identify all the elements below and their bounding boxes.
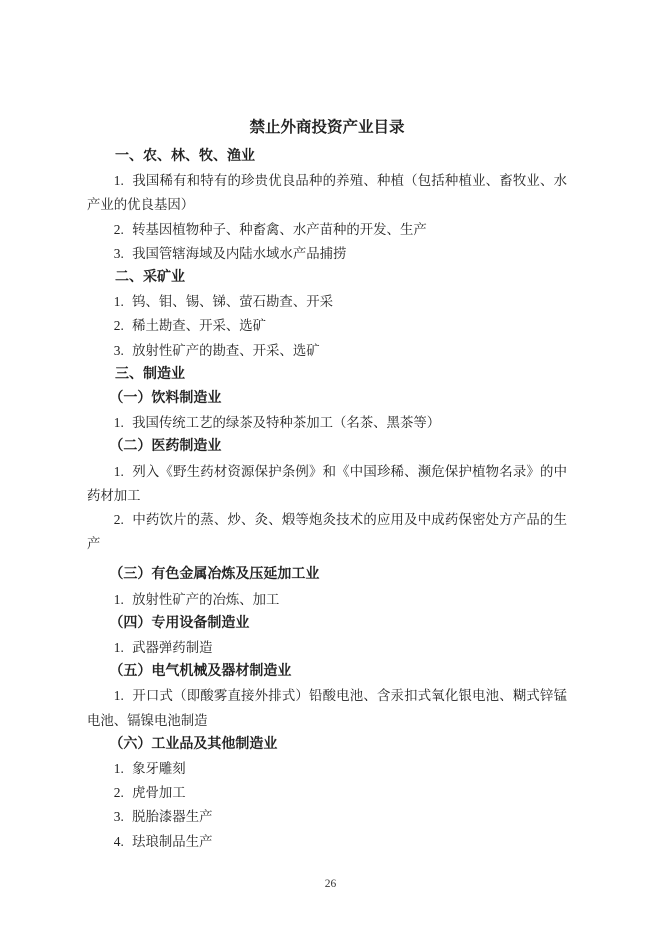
item-text: 珐琅制品生产 xyxy=(132,834,212,849)
subsection-heading: （六）工业品及其他制造业 xyxy=(87,733,567,757)
item-number: 2. xyxy=(114,318,124,333)
list-item: 2.转基因植物种子、种畜禽、水产苗种的开发、生产 xyxy=(87,218,567,242)
item-number: 1. xyxy=(114,640,124,655)
item-number: 2. xyxy=(114,512,124,527)
section-heading: 一、农、林、牧、渔业 xyxy=(87,145,567,169)
section-heading: 三、制造业 xyxy=(87,363,567,387)
page-number: 26 xyxy=(0,878,661,890)
item-text: 开口式（即酸雾直接外排式）铅酸电池、含汞扣式氧化银电池、糊式锌锰电池、镉镍电池制… xyxy=(87,688,567,727)
subsection-heading: （二）医药制造业 xyxy=(87,435,567,459)
subsection-heading: （四）专用设备制造业 xyxy=(87,612,567,636)
item-text: 转基因植物种子、种畜禽、水产苗种的开发、生产 xyxy=(132,222,427,237)
list-item: 1.我国稀有和特有的珍贵优良品种的养殖、种植（包括种植业、畜牧业、水产业的优良基… xyxy=(87,169,567,217)
item-text: 中药饮片的蒸、炒、灸、煅等炮灸技术的应用及中成药保密处方产品的生产 xyxy=(87,512,567,551)
list-item: 3.我国管辖海域及内陆水域水产品捕捞 xyxy=(87,242,567,266)
section-heading: 二、采矿业 xyxy=(87,266,567,290)
item-text: 我国传统工艺的绿茶及特种茶加工（名茶、黑茶等） xyxy=(132,415,440,430)
item-number: 1. xyxy=(114,464,124,479)
item-number: 1. xyxy=(114,688,124,703)
list-item: 1.象牙雕刻 xyxy=(87,757,567,781)
list-item: 2.中药饮片的蒸、炒、灸、煅等炮灸技术的应用及中成药保密处方产品的生产 xyxy=(87,508,567,556)
item-text: 虎骨加工 xyxy=(132,785,186,800)
document-page: 禁止外商投资产业目录 一、农、林、牧、渔业1.我国稀有和特有的珍贵优良品种的养殖… xyxy=(0,0,661,936)
item-text: 列入《野生药材资源保护条例》和《中国珍稀、濒危保护植物名录》的中药材加工 xyxy=(87,464,567,503)
item-text: 我国管辖海域及内陆水域水产品捕捞 xyxy=(132,246,346,261)
item-text: 武器弹药制造 xyxy=(132,640,212,655)
document-content: 禁止外商投资产业目录 一、农、林、牧、渔业1.我国稀有和特有的珍贵优良品种的养殖… xyxy=(87,117,567,854)
list-item: 1.我国传统工艺的绿茶及特种茶加工（名茶、黑茶等） xyxy=(87,411,567,435)
list-item: 1.放射性矿产的冶炼、加工 xyxy=(87,588,567,612)
item-number: 1. xyxy=(114,761,124,776)
item-number: 1. xyxy=(114,415,124,430)
item-text: 稀土勘查、开采、选矿 xyxy=(132,318,266,333)
list-item: 2.稀土勘查、开采、选矿 xyxy=(87,314,567,338)
item-number: 2. xyxy=(114,785,124,800)
list-item: 2.虎骨加工 xyxy=(87,781,567,805)
item-number: 1. xyxy=(114,592,124,607)
item-number: 3. xyxy=(114,246,124,261)
item-number: 2. xyxy=(114,222,124,237)
list-item: 3.脱胎漆器生产 xyxy=(87,805,567,829)
list-item: 1.钨、钼、锡、锑、萤石勘查、开采 xyxy=(87,290,567,314)
subsection-heading: （三）有色金属冶炼及压延加工业 xyxy=(87,563,567,587)
list-item: 1.列入《野生药材资源保护条例》和《中国珍稀、濒危保护植物名录》的中药材加工 xyxy=(87,460,567,508)
subsection-heading: （一）饮料制造业 xyxy=(87,387,567,411)
list-item: 1.开口式（即酸雾直接外排式）铅酸电池、含汞扣式氧化银电池、糊式锌锰电池、镉镍电… xyxy=(87,684,567,732)
item-text: 放射性矿产的冶炼、加工 xyxy=(132,592,279,607)
item-number: 3. xyxy=(114,343,124,358)
item-text: 放射性矿产的勘查、开采、选矿 xyxy=(132,343,319,358)
item-text: 钨、钼、锡、锑、萤石勘查、开采 xyxy=(132,294,333,309)
list-item: 3.放射性矿产的勘查、开采、选矿 xyxy=(87,339,567,363)
list-item: 1.武器弹药制造 xyxy=(87,636,567,660)
item-text: 象牙雕刻 xyxy=(132,761,186,776)
document-body: 一、农、林、牧、渔业1.我国稀有和特有的珍贵优良品种的养殖、种植（包括种植业、畜… xyxy=(87,145,567,854)
item-number: 4. xyxy=(114,834,124,849)
document-title: 禁止外商投资产业目录 xyxy=(87,117,567,138)
item-number: 1. xyxy=(114,173,124,188)
item-text: 脱胎漆器生产 xyxy=(132,809,212,824)
item-number: 3. xyxy=(114,809,124,824)
subsection-heading: （五）电气机械及器材制造业 xyxy=(87,660,567,684)
item-number: 1. xyxy=(114,294,124,309)
list-item: 4.珐琅制品生产 xyxy=(87,830,567,854)
item-text: 我国稀有和特有的珍贵优良品种的养殖、种植（包括种植业、畜牧业、水产业的优良基因） xyxy=(87,173,567,212)
